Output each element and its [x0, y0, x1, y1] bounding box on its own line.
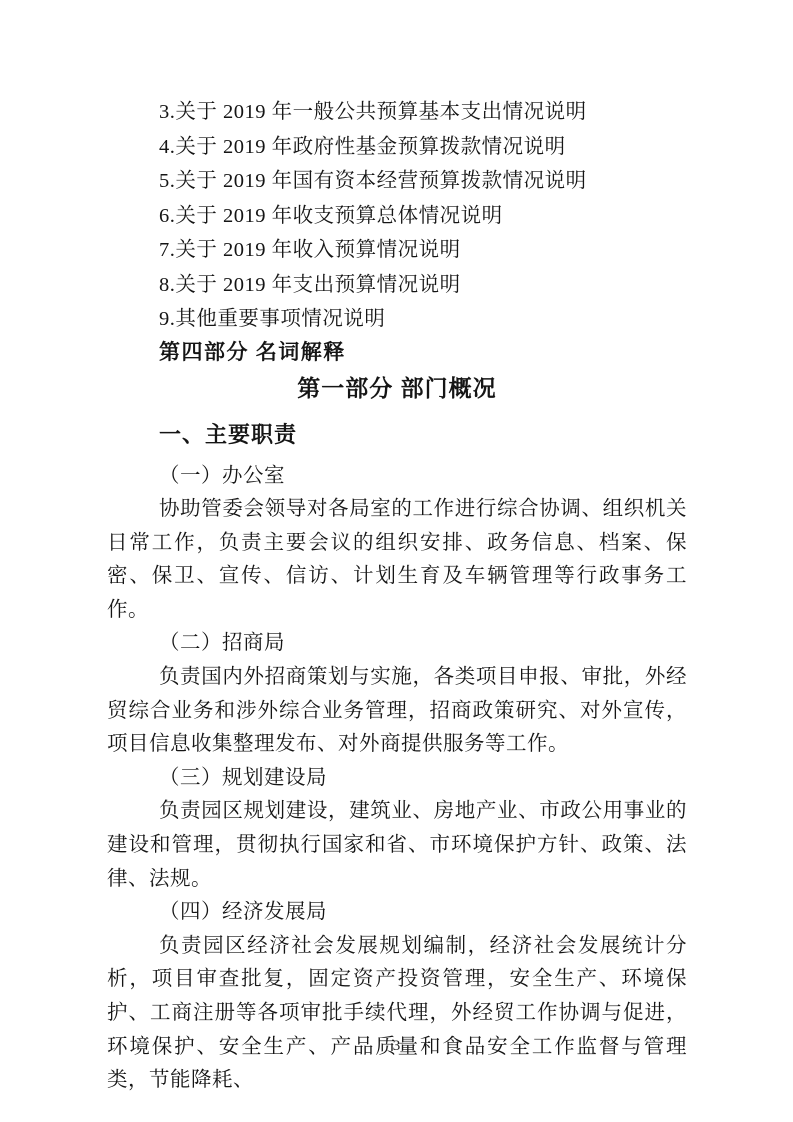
toc-item: 8.关于 2019 年支出预算情况说明 — [107, 268, 687, 303]
document-page: 3.关于 2019 年一般公共预算基本支出情况说明 4.关于 2019 年政府性… — [0, 0, 793, 1122]
subsection-paragraph: 负责园区规划建设，建筑业、房地产业、市政公用事业的建设和管理，贯彻执行国家和省、… — [107, 795, 687, 896]
subsection-paragraph: 负责园区经济社会发展规划编制，经济社会发展统计分析，项目审查批复，固定资产投资管… — [107, 930, 687, 1098]
toc-item: 3.关于 2019 年一般公共预算基本支出情况说明 — [107, 95, 687, 130]
toc-item: 6.关于 2019 年收支预算总体情况说明 — [107, 199, 687, 234]
toc-item: 4.关于 2019 年政府性基金预算拨款情况说明 — [107, 130, 687, 165]
subsections: （一）办公室 协助管委会领导对各局室的工作进行综合协调、组织机关日常工作，负责主… — [107, 460, 687, 1098]
subsection-heading: （四）经济发展局 — [107, 896, 687, 930]
subsection-paragraph: 协助管委会领导对各局室的工作进行综合协调、组织机关日常工作，负责主要会议的组织安… — [107, 493, 687, 627]
toc-list: 3.关于 2019 年一般公共预算基本支出情况说明 4.关于 2019 年政府性… — [107, 95, 687, 337]
document-content: 3.关于 2019 年一般公共预算基本支出情况说明 4.关于 2019 年政府性… — [107, 95, 687, 1098]
main-duties-heading: 一、主要职责 — [107, 420, 687, 450]
subsection-paragraph: 负责国内外招商策划与实施，各类项目申报、审批，外经贸综合业务和涉外综合业务管理，… — [107, 661, 687, 762]
page-number: 3 — [0, 1036, 793, 1056]
toc-item: 9.其他重要事项情况说明 — [107, 302, 687, 337]
part-four-heading: 第四部分 名词解释 — [107, 337, 687, 368]
part-one-heading: 第一部分 部门概况 — [107, 372, 687, 404]
toc-item: 5.关于 2019 年国有资本经营预算拨款情况说明 — [107, 164, 687, 199]
subsection-heading: （一）办公室 — [107, 460, 687, 494]
subsection-planning-bureau: （三）规划建设局 负责园区规划建设，建筑业、房地产业、市政公用事业的建设和管理，… — [107, 762, 687, 896]
subsection-investment-bureau: （二）招商局 负责国内外招商策划与实施，各类项目申报、审批，外经贸综合业务和涉外… — [107, 627, 687, 761]
toc-item: 7.关于 2019 年收入预算情况说明 — [107, 233, 687, 268]
subsection-heading: （二）招商局 — [107, 627, 687, 661]
subsection-office: （一）办公室 协助管委会领导对各局室的工作进行综合协调、组织机关日常工作，负责主… — [107, 460, 687, 628]
subsection-economic-bureau: （四）经济发展局 负责园区经济社会发展规划编制，经济社会发展统计分析，项目审查批… — [107, 896, 687, 1098]
subsection-heading: （三）规划建设局 — [107, 762, 687, 796]
